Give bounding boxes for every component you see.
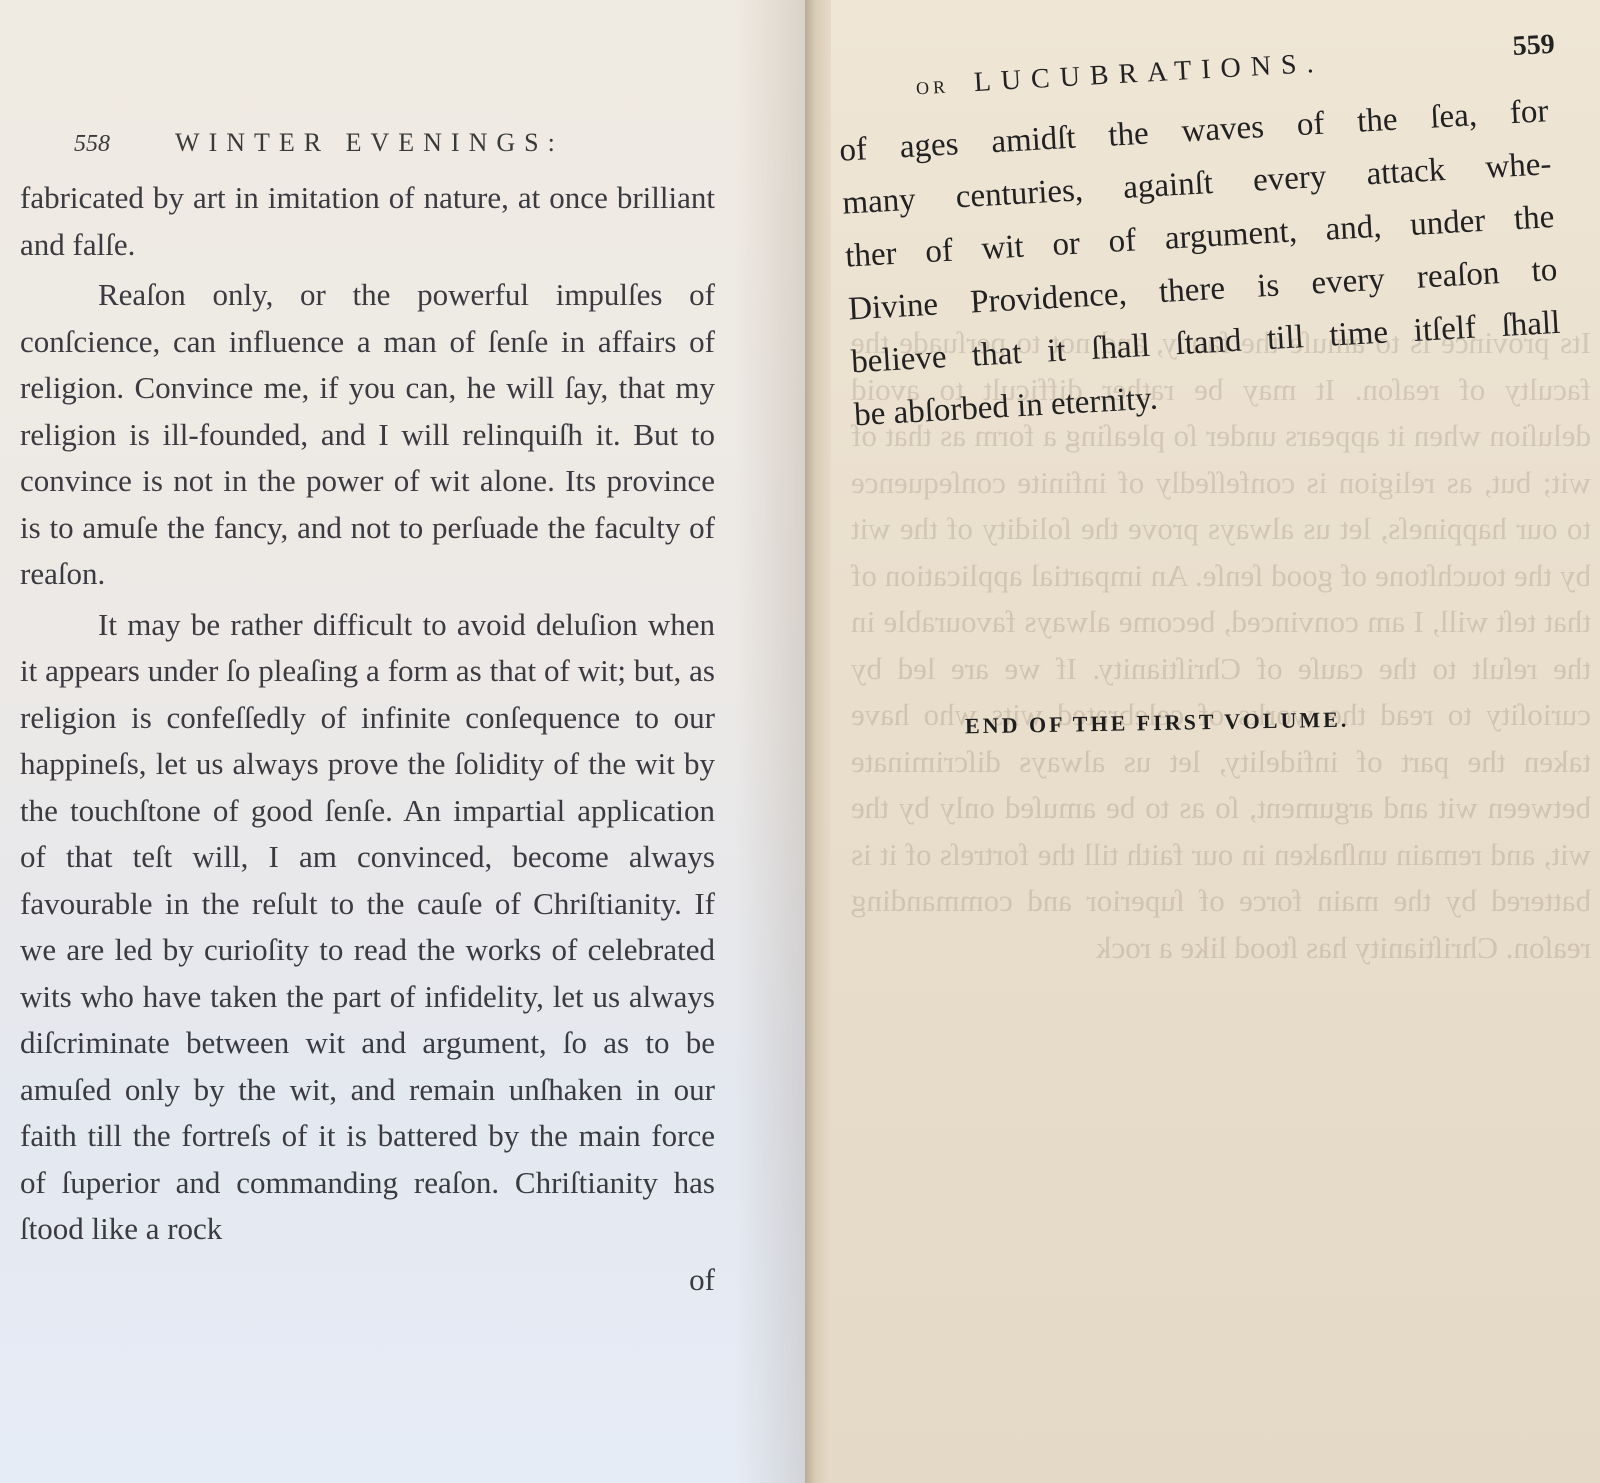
right-page-body: of ages amidſt the waves of the ſea, for… <box>838 85 1565 442</box>
left-page: 558 WINTER EVENINGS: fabricated by art i… <box>0 0 805 1483</box>
right-page-content: OR LUCUBRATIONS. 559 of ages amidſt the … <box>833 0 1600 40</box>
left-running-head: 558 WINTER EVENINGS: <box>74 128 714 158</box>
left-page-number: 558 <box>74 131 110 157</box>
left-running-head-title: WINTER EVENINGS: <box>175 128 564 157</box>
right-page-number: 559 <box>1512 29 1556 63</box>
running-head-prefix: OR <box>916 77 950 99</box>
paragraph: fabricated by art in imitation of nature… <box>20 175 715 268</box>
right-running-head-title: LUCUBRATIONS. <box>973 48 1324 98</box>
right-page: Its province is to amuſe the fancy, and … <box>831 0 1600 1483</box>
paragraph: Reaſon only, or the powerful impulſes of… <box>20 272 715 598</box>
left-page-body: fabricated by art in imitation of nature… <box>20 175 715 1307</box>
catchword: of <box>20 1257 715 1304</box>
book-gutter <box>805 0 831 1483</box>
paragraph: It may be rather difficult to avoid delu… <box>20 602 715 1253</box>
